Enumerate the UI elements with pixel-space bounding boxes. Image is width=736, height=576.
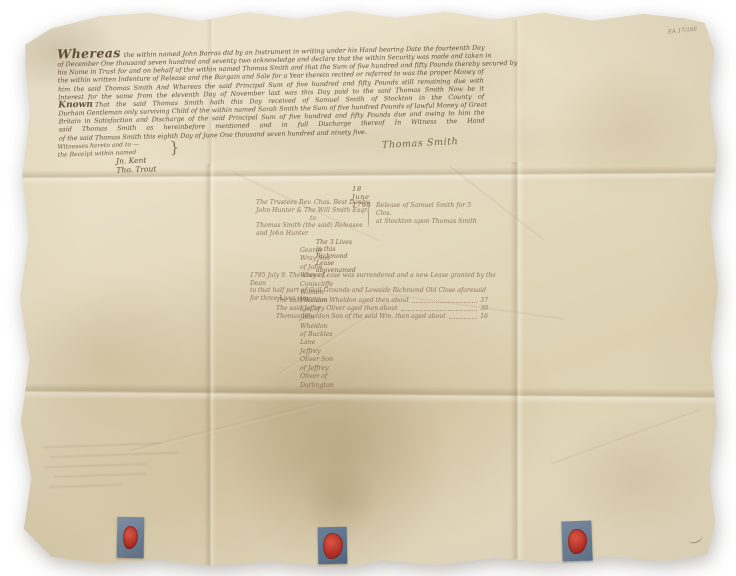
age-row: The said Jeffrey Oliver aged then about3… — [276, 305, 488, 313]
vertical-fold-left — [204, 164, 216, 568]
age-text: The said Jeffrey Oliver aged then about — [276, 305, 398, 313]
docket-party-line: Thomas Smith (the said) Releasee — [256, 222, 370, 230]
ages-table: The said William Wheldon aged then about… — [276, 297, 488, 321]
ghost-line — [43, 442, 161, 448]
docket-release-line: Release of Samuel Smith for 5 Clos. — [376, 202, 488, 218]
parchment-shadow: Whereasthe within named John Barras did … — [0, 0, 736, 576]
ghost-line — [50, 452, 180, 459]
dotted-leader — [401, 310, 478, 311]
docket-party-line: John Hunter & The Will Smith Esqr. — [256, 207, 370, 215]
seal-right — [561, 520, 592, 561]
docket-parties: The Trustees Rev. Chas. Best Danby John … — [256, 199, 370, 238]
dotted-leader — [449, 318, 478, 319]
note-line: to that half part of Gull Grounds and Lo… — [250, 287, 500, 295]
dotted-leader — [412, 302, 477, 303]
wax-seal — [123, 526, 138, 549]
signature-thomas-smith: Thomas Smith — [382, 136, 459, 151]
docket-release-line: at Stockton upon Thomas Smith — [376, 218, 488, 226]
age-row: Thomas Wheldon Son of the said Wm. then … — [276, 313, 488, 321]
ink-mark — [687, 532, 703, 545]
seal-middle — [318, 527, 348, 565]
pencil-inscription: EA 17/166 — [668, 26, 698, 35]
parchment-sheet: Whereasthe within named John Barras did … — [16, 6, 720, 568]
ghost-line — [54, 473, 146, 478]
wrinkle-line — [550, 409, 701, 467]
docket-party-line: and John Hunter — [256, 230, 370, 238]
witness-block: Witnesses hereto and to — the Receipt wi… — [57, 140, 156, 176]
wax-seal — [567, 528, 587, 554]
ghost-line — [44, 463, 148, 469]
vertical-fold-right — [510, 162, 524, 568]
witness-bracket: } — [169, 138, 179, 156]
docket-party-line: to — [256, 215, 370, 223]
docket-release: Release of Samuel Smith for 5 Clos. at S… — [376, 202, 488, 226]
ghost-text — [43, 442, 181, 497]
life-entry: Jeffrey Oliver Son of Jeffrey Oliver of … — [300, 348, 334, 390]
note-line: 1795 July 9. The above Lease was surrend… — [250, 272, 500, 287]
docket-party-line: The Trustees Rev. Chas. Best Danby — [256, 199, 370, 207]
horizontal-fold-lower — [16, 383, 720, 405]
age-text: The said William Wheldon aged then about — [276, 297, 409, 305]
docket-divider — [368, 201, 373, 227]
age-row: The said William Wheldon aged then about… — [276, 297, 488, 305]
age-value: 30 — [480, 305, 488, 313]
manuscript-photograph: Whereasthe within named John Barras did … — [0, 0, 736, 576]
age-value: 37 — [480, 297, 488, 305]
witness-signature: Tho. Trout — [116, 164, 156, 174]
seal-left — [117, 517, 145, 558]
deed-text-block: Whereasthe within named John Barras did … — [57, 42, 485, 143]
wax-seal — [322, 532, 342, 558]
age-value: 16 — [480, 313, 488, 321]
age-text: Thomas Wheldon Son of the said Wm. then … — [276, 313, 446, 321]
ghost-line — [49, 484, 123, 489]
vertical-fold-right-top — [512, 20, 522, 164]
